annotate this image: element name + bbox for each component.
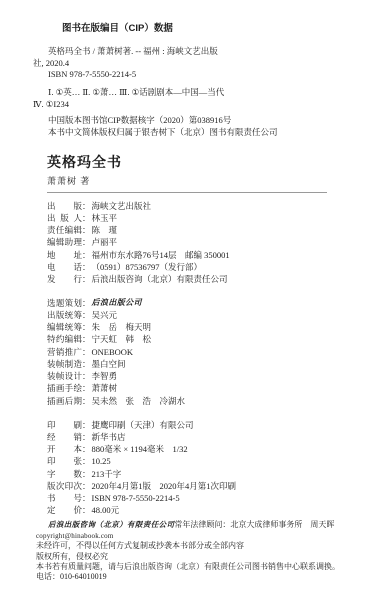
divider xyxy=(47,192,327,193)
colophon-row: 选题策划：后浪出版公司 xyxy=(47,297,185,309)
colophon-row: 版次印次：2020年4月第1版 2020年4月第1次印刷 xyxy=(47,480,236,492)
colophon-row: 发行：后浪出版咨询（北京）有限责任公司 xyxy=(47,273,230,285)
row-value: 宁天虹 韩 松 xyxy=(91,333,152,345)
footer-legal-company: 后浪出版咨询（北京）有限责任公司 xyxy=(48,520,174,529)
colophon-row: 印刷：捷鹰印刷（天津）有限公司 xyxy=(47,419,236,431)
row-colon: ： xyxy=(82,261,91,273)
colophon-row: 字数：213千字 xyxy=(47,468,236,480)
row-colon: ： xyxy=(82,249,91,261)
row-colon: ： xyxy=(82,358,91,370)
row-value: 吴兴元 xyxy=(91,309,118,321)
footer-rights-line: 版权所有，侵权必究 xyxy=(36,552,340,562)
row-colon: ： xyxy=(82,370,91,382)
colophon-row: 经销：新华书店 xyxy=(47,431,236,443)
row-value: 后浪出版咨询（北京）有限责任公司 xyxy=(91,273,228,285)
row-label: 责任编辑 xyxy=(47,224,82,236)
row-value: 海峡文艺出版社 xyxy=(91,200,152,212)
row-colon: ： xyxy=(82,321,91,333)
colophon-row: 插画后期：吴未然 张 浩 冷湖水 xyxy=(47,395,185,407)
cip-description-line1: 英格玛全书 / 萧萧树著. -- 福州 : 海峡文艺出版 xyxy=(48,46,218,58)
row-label: 装帧制造 xyxy=(47,358,82,370)
row-label: 插画后期 xyxy=(47,395,82,407)
colophon-row: 编辑统筹：朱 岳 梅天明 xyxy=(47,321,185,333)
row-colon: ： xyxy=(82,395,91,407)
row-colon: ： xyxy=(82,273,91,285)
publishing-info-block: 出版：海峡文艺出版社 出版人：林玉平 责任编辑：陈 瑾 编辑助理：卢丽平 地址：… xyxy=(47,200,230,286)
row-value: 10.25 xyxy=(91,455,111,467)
row-label: 出版 xyxy=(47,200,82,212)
row-value: 后浪出版公司 xyxy=(91,297,142,309)
row-value: 李智勇 xyxy=(91,370,118,382)
row-colon: ： xyxy=(82,492,91,504)
footer-quality-line: 本书若有质量问题，请与后浪出版咨询（北京）有限责任公司图书销售中心联系调换。 xyxy=(36,562,340,572)
footer-legal-line: 后浪出版咨询（北京）有限责任公司常年法律顾问：北京大成律师事务所 周天晖 xyxy=(48,519,334,530)
cip-classification-line1: Ⅰ. ①英… Ⅱ. ①萧… Ⅲ. ①话剧剧本—中国—当代 xyxy=(48,87,224,99)
copyright-page: 图书在版编目（CIP）数据 英格玛全书 / 萧萧树著. -- 福州 : 海峡文艺… xyxy=(0,0,375,606)
colophon-row: 装帧设计：李智勇 xyxy=(47,370,185,382)
row-value: 林玉平 xyxy=(91,212,118,224)
colophon-row: 插画手绘：萧萧树 xyxy=(47,382,185,394)
row-label: 发行 xyxy=(47,273,82,285)
book-title: 英格玛全书 xyxy=(47,152,122,172)
row-label: 特约编辑 xyxy=(47,333,82,345)
row-colon: ： xyxy=(82,443,91,455)
row-value: 新华书店 xyxy=(91,431,126,443)
row-label: 字数 xyxy=(47,468,82,480)
printing-info-block: 印刷：捷鹰印刷（天津）有限公司 经销：新华书店 开本：880毫米 × 1194毫… xyxy=(47,419,236,517)
row-value: 2020年4月第1版 2020年4月第1次印刷 xyxy=(91,480,237,492)
footer-fine-print: copyright@hinabook.com 未经许可，不得以任何方式复制或抄袭… xyxy=(36,531,340,582)
cip-classification-line2: Ⅳ. ①I234 xyxy=(33,99,69,111)
colophon-row: 出版统筹：吴兴元 xyxy=(47,309,185,321)
row-colon: ： xyxy=(82,346,91,358)
cip-rights-note: 本书中文简体版权归属于银杏树下（北京）图书有限责任公司 xyxy=(48,127,278,139)
row-label: 营销推广 xyxy=(47,346,82,358)
row-value: 捷鹰印刷（天津）有限公司 xyxy=(91,419,194,431)
colophon-row: 印张：10.25 xyxy=(47,455,236,467)
row-colon: ： xyxy=(82,224,91,236)
footer-legal-text: 常年法律顾问：北京大成律师事务所 周天晖 xyxy=(174,520,334,529)
row-value: ONEBOOK xyxy=(91,346,134,358)
row-colon: ： xyxy=(82,309,91,321)
row-value: 墨白空间 xyxy=(91,358,126,370)
row-label: 书号 xyxy=(47,492,82,504)
colophon-row: 电话：（0591）87536797（发行部） xyxy=(47,261,230,273)
row-label: 经销 xyxy=(47,431,82,443)
colophon-row: 责任编辑：陈 瑾 xyxy=(47,224,230,236)
colophon-row: 定价：48.00元 xyxy=(47,504,236,516)
row-colon: ： xyxy=(82,382,91,394)
colophon-row: 出版：海峡文艺出版社 xyxy=(47,200,230,212)
colophon-row: 营销推广：ONEBOOK xyxy=(47,346,185,358)
row-value: 880毫米 × 1194毫米 1/32 xyxy=(91,443,188,455)
row-value: 陈 瑾 xyxy=(91,224,118,236)
row-colon: ： xyxy=(82,419,91,431)
row-value: 48.00元 xyxy=(91,504,120,516)
row-label: 编辑助理 xyxy=(47,236,82,248)
row-value: 福州市东水路76号14层 邮编 350001 xyxy=(91,249,230,261)
colophon-row: 出版人：林玉平 xyxy=(47,212,230,224)
colophon-row: 装帧制造：墨白空间 xyxy=(47,358,185,370)
row-label: 开本 xyxy=(47,443,82,455)
row-label: 选题策划 xyxy=(47,297,82,309)
row-colon: ： xyxy=(82,504,91,516)
cip-number-line: 中国版本图书馆CIP数据核字（2020）第038916号 xyxy=(48,115,231,127)
row-label: 地址 xyxy=(47,249,82,261)
row-label: 印刷 xyxy=(47,419,82,431)
production-credits-block: 选题策划：后浪出版公司 出版统筹：吴兴元 编辑统筹：朱 岳 梅天明 特约编辑：宁… xyxy=(47,297,185,407)
colophon-row: 开本：880毫米 × 1194毫米 1/32 xyxy=(47,443,236,455)
row-label: 装帧设计 xyxy=(47,370,82,382)
book-author: 萧萧树 著 xyxy=(47,174,90,187)
row-value: 213千字 xyxy=(91,468,122,480)
colophon-row: 书号：ISBN 978-7-5550-2214-5 xyxy=(47,492,236,504)
colophon-row: 编辑助理：卢丽平 xyxy=(47,236,230,248)
row-value: 吴未然 张 浩 冷湖水 xyxy=(91,395,186,407)
row-label: 出版统筹 xyxy=(47,309,82,321)
row-colon: ： xyxy=(82,212,91,224)
footer-no-copy-line: 未经许可，不得以任何方式复制或抄袭本书部分或全部内容 xyxy=(36,541,340,551)
row-label: 印张 xyxy=(47,455,82,467)
row-value: ISBN 978-7-5550-2214-5 xyxy=(91,492,180,504)
cip-description-line2: 社, 2020.4 xyxy=(33,58,69,70)
row-colon: ： xyxy=(82,468,91,480)
row-label: 插画手绘 xyxy=(47,382,82,394)
row-label: 电话 xyxy=(47,261,82,273)
row-colon: ： xyxy=(82,455,91,467)
row-colon: ： xyxy=(82,236,91,248)
row-value: 萧萧树 xyxy=(91,382,118,394)
row-label: 编辑统筹 xyxy=(47,321,82,333)
row-colon: ： xyxy=(82,480,91,492)
row-colon: ： xyxy=(82,297,91,309)
row-value: 朱 岳 梅天明 xyxy=(91,321,152,333)
copyright-email: copyright@hinabook.com xyxy=(36,531,340,541)
colophon-row: 地址：福州市东水路76号14层 邮编 350001 xyxy=(47,249,230,261)
row-colon: ： xyxy=(82,431,91,443)
row-label: 定价 xyxy=(47,504,82,516)
row-colon: ： xyxy=(82,200,91,212)
row-label: 版次印次 xyxy=(47,480,82,492)
colophon-row: 特约编辑：宁天虹 韩 松 xyxy=(47,333,185,345)
row-label: 出版人 xyxy=(47,212,82,224)
row-value: （0591）87536797（发行部） xyxy=(91,261,203,273)
row-value: 卢丽平 xyxy=(91,236,118,248)
cip-isbn: ISBN 978-7-5550-2214-5 xyxy=(48,69,136,81)
footer-phone-line: 电话：010-64010019 xyxy=(36,572,340,582)
cip-header: 图书在版编目（CIP）数据 xyxy=(62,20,173,34)
row-colon: ： xyxy=(82,333,91,345)
